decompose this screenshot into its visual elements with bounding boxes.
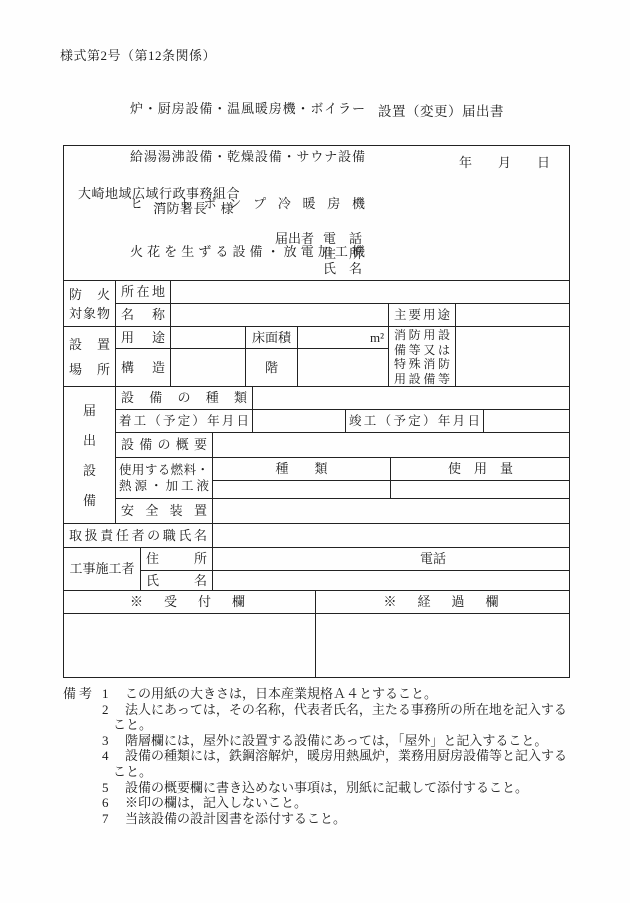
form-number: 様式第2号（第12条関係） bbox=[60, 45, 216, 64]
contractor-phone-label: 電話 bbox=[213, 551, 446, 566]
fire-equipment-label: 消防用設 備等又は 特殊消防 用設備等 bbox=[388, 326, 455, 386]
manager-label: 取扱責任者の職氏名 bbox=[63, 523, 212, 547]
fuel-amount-header: 使 用 量 bbox=[390, 457, 570, 480]
use-field[interactable] bbox=[170, 326, 245, 348]
use-label: 用途 bbox=[115, 326, 170, 348]
note-number: 4 bbox=[102, 748, 113, 764]
floor-label: 階 bbox=[245, 348, 297, 386]
note-text: 階層欄には，屋外に設置する設備にあっては，「屋外」と記入すること。 bbox=[113, 733, 573, 749]
outline-field[interactable] bbox=[212, 432, 570, 457]
equipment-kind-label: 設備の種類 bbox=[115, 386, 252, 409]
form-page: 様式第2号（第12条関係） 炉・厨房設備・温風暖房機・ボイラー 給湯湯沸設備・乾… bbox=[0, 0, 630, 903]
main-use-label: 主要用途 bbox=[388, 303, 455, 326]
contractor-group-label: 工事施工者 bbox=[63, 547, 140, 590]
reception-header: ※ 受 付 欄 bbox=[63, 590, 315, 613]
note-number: 1 bbox=[102, 686, 113, 702]
document-title: 設置（変更）届出書 bbox=[378, 100, 504, 120]
fire-equipment-field[interactable] bbox=[455, 326, 570, 386]
contractor-address-label: 住所 bbox=[140, 547, 212, 570]
name-field[interactable] bbox=[170, 303, 388, 326]
contractor-name-label: 氏名 bbox=[140, 570, 212, 590]
progress-field bbox=[315, 613, 570, 678]
place-group-label: 設置 場所 bbox=[63, 326, 115, 386]
fuel-kind-header: 種 類 bbox=[212, 457, 390, 480]
note-number: 7 bbox=[102, 811, 113, 827]
note-item: 備考 1 この用紙の大きさは，日本産業規格Ａ４とすること。 bbox=[63, 686, 603, 702]
completion-date-label: 竣工（予定）年月日 bbox=[345, 409, 483, 432]
equipment-kind-field[interactable] bbox=[252, 386, 570, 409]
structure-label: 構造 bbox=[115, 348, 170, 386]
note-number: 3 bbox=[102, 733, 113, 749]
fuel-label: 使用する燃料・ 熱源・加工液 bbox=[115, 457, 212, 498]
safety-field[interactable] bbox=[212, 498, 570, 523]
note-text: 設備の概要欄に書き込めない事項は，別紙に記載して添付すること。 bbox=[113, 780, 573, 796]
note-number: 2 bbox=[102, 702, 113, 718]
date-line: 年 月 日 bbox=[459, 152, 550, 171]
notifier-label: 届出者 bbox=[275, 228, 314, 247]
manager-field[interactable] bbox=[212, 523, 570, 547]
progress-header: ※ 経 過 欄 bbox=[315, 590, 570, 613]
notes-label: 備考 bbox=[63, 686, 102, 702]
contractor-address-field[interactable]: 電話 bbox=[212, 547, 570, 570]
reception-field bbox=[63, 613, 315, 678]
completion-date-field[interactable] bbox=[483, 409, 570, 432]
floor-field[interactable] bbox=[297, 348, 388, 386]
note-number: 6 bbox=[102, 795, 113, 811]
floor-area-field[interactable]: m² bbox=[297, 326, 388, 348]
structure-field[interactable] bbox=[170, 348, 245, 386]
start-date-field[interactable] bbox=[252, 409, 345, 432]
fuel-kind-field[interactable] bbox=[212, 480, 390, 498]
floor-area-label: 床面積 bbox=[245, 326, 297, 348]
fire-object-group-label: 防火 対象物 bbox=[63, 280, 115, 326]
notes-section: 備考 1 この用紙の大きさは，日本産業規格Ａ４とすること。 2 法人にあっては，… bbox=[63, 686, 603, 826]
safety-label: 安全装置 bbox=[115, 498, 212, 523]
fuel-amount-field[interactable] bbox=[390, 480, 570, 498]
recipient-title: 消防署長 様 bbox=[153, 198, 234, 217]
note-text: ※印の欄は，記入しないこと。 bbox=[113, 795, 573, 811]
name-label: 名称 bbox=[115, 303, 170, 326]
note-item: 7 当該設備の設計図書を添付すること。 bbox=[63, 811, 603, 827]
note-item: 6 ※印の欄は，記入しないこと。 bbox=[63, 795, 603, 811]
note-text: 法人にあっては，その名称，代表者氏名，主たる事務所の所在地を記入すること。 bbox=[113, 702, 573, 733]
note-item: 2 法人にあっては，その名称，代表者氏名，主たる事務所の所在地を記入すること。 bbox=[63, 702, 603, 733]
note-text: この用紙の大きさは，日本産業規格Ａ４とすること。 bbox=[113, 686, 573, 702]
note-text: 当該設備の設計図書を添付すること。 bbox=[113, 811, 573, 827]
equipment-type-line: 炉・厨房設備・温風暖房機・ボイラー bbox=[130, 101, 365, 117]
equipment-group-label: 届 出 設 備 bbox=[63, 386, 115, 523]
note-text: 設備の種類には，鉄鋼溶解炉，暖房用熱風炉，業務用厨房設備等と記入すること。 bbox=[113, 748, 573, 779]
square-meter-unit: m² bbox=[370, 330, 384, 345]
note-item: 3 階層欄には，屋外に設置する設備にあっては，「屋外」と記入すること。 bbox=[63, 733, 603, 749]
location-field[interactable] bbox=[170, 280, 570, 303]
outline-label: 設備の概要 bbox=[115, 432, 212, 457]
note-number: 5 bbox=[102, 780, 113, 796]
start-date-label: 着工（予定）年月日 bbox=[115, 409, 252, 432]
location-label: 所在地 bbox=[115, 280, 170, 303]
note-item: 5 設備の概要欄に書き込めない事項は，別紙に記載して添付すること。 bbox=[63, 780, 603, 796]
note-item: 4 設備の種類には，鉄鋼溶解炉，暖房用熱風炉，業務用厨房設備等と記入すること。 bbox=[63, 748, 603, 779]
notifier-name-label: 氏 名 bbox=[323, 258, 362, 277]
main-use-field[interactable] bbox=[455, 303, 570, 326]
contractor-name-field[interactable] bbox=[212, 570, 570, 590]
